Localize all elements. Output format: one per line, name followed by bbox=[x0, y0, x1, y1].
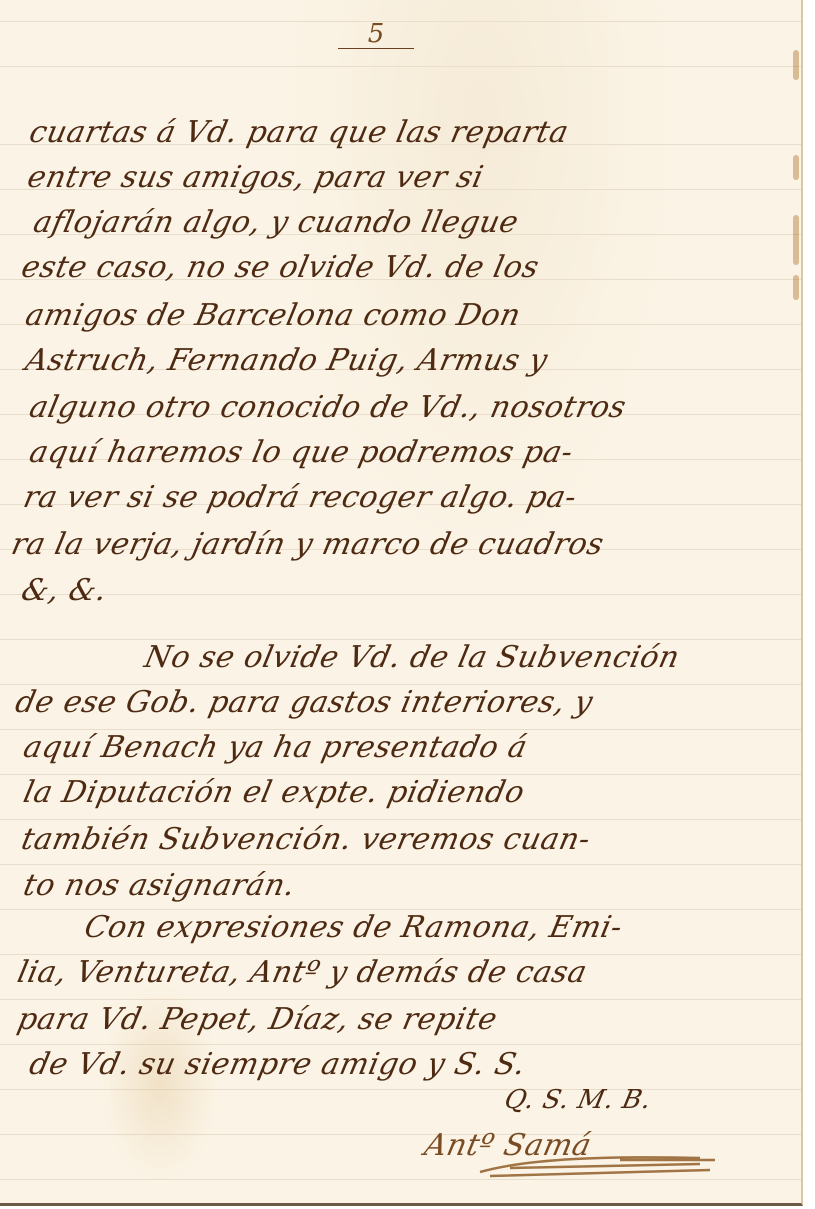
handwritten-line: amigos de Barcelona como Don bbox=[22, 298, 524, 333]
handwritten-line: cuartas á Vd. para que las reparta bbox=[26, 115, 572, 150]
handwritten-line: entre sus amigos, para ver si bbox=[24, 160, 486, 195]
handwritten-line: &, &. bbox=[18, 573, 110, 608]
handwritten-line: aquí haremos lo que podremos pa- bbox=[26, 435, 576, 470]
handwritten-line: No se olvide Vd. de la Subvención bbox=[141, 640, 683, 675]
letter-page: 5 cuartas á Vd. para que las repartaentr… bbox=[0, 0, 803, 1206]
handwritten-line: Astruch, Fernando Puig, Armus y bbox=[22, 343, 551, 378]
handwritten-line: aquí Benach ya ha presentado á bbox=[20, 730, 530, 765]
handwritten-line: aflojarán algo, y cuando llegue bbox=[30, 205, 522, 240]
handwritten-line: Con expresiones de Ramona, Emi- bbox=[81, 910, 625, 945]
handwritten-line: este caso, no se olvide Vd. de los bbox=[18, 250, 542, 285]
paper-stain bbox=[793, 215, 799, 265]
page-number: 5 bbox=[338, 22, 414, 49]
handwritten-line: to nos asignarán. bbox=[20, 868, 298, 903]
paper-stain bbox=[793, 275, 799, 300]
handwritten-line: ra ver si se podrá recoger algo. pa- bbox=[20, 480, 580, 515]
handwritten-line: para Vd. Pepet, Díaz, se repite bbox=[14, 1002, 500, 1037]
closing-formula: Q. S. M. B. bbox=[502, 1085, 654, 1115]
handwritten-line: lia, Ventureta, Antº y demás de casa bbox=[14, 955, 590, 990]
paper-stain bbox=[793, 50, 799, 80]
signature-flourish-icon bbox=[470, 1150, 720, 1180]
paper-stain bbox=[793, 155, 799, 180]
handwritten-line: la Diputación el expte. pidiendo bbox=[20, 775, 527, 810]
handwritten-line: de ese Gob. para gastos interiores, y bbox=[12, 685, 596, 720]
handwritten-line: de Vd. su siempre amigo y S. S. bbox=[26, 1047, 528, 1082]
handwritten-line: también Subvención. veremos cuan- bbox=[18, 822, 593, 857]
handwritten-line: ra la verja, jardín y marco de cuadros bbox=[8, 527, 607, 562]
handwritten-line: alguno otro conocido de Vd., nosotros bbox=[26, 390, 629, 425]
